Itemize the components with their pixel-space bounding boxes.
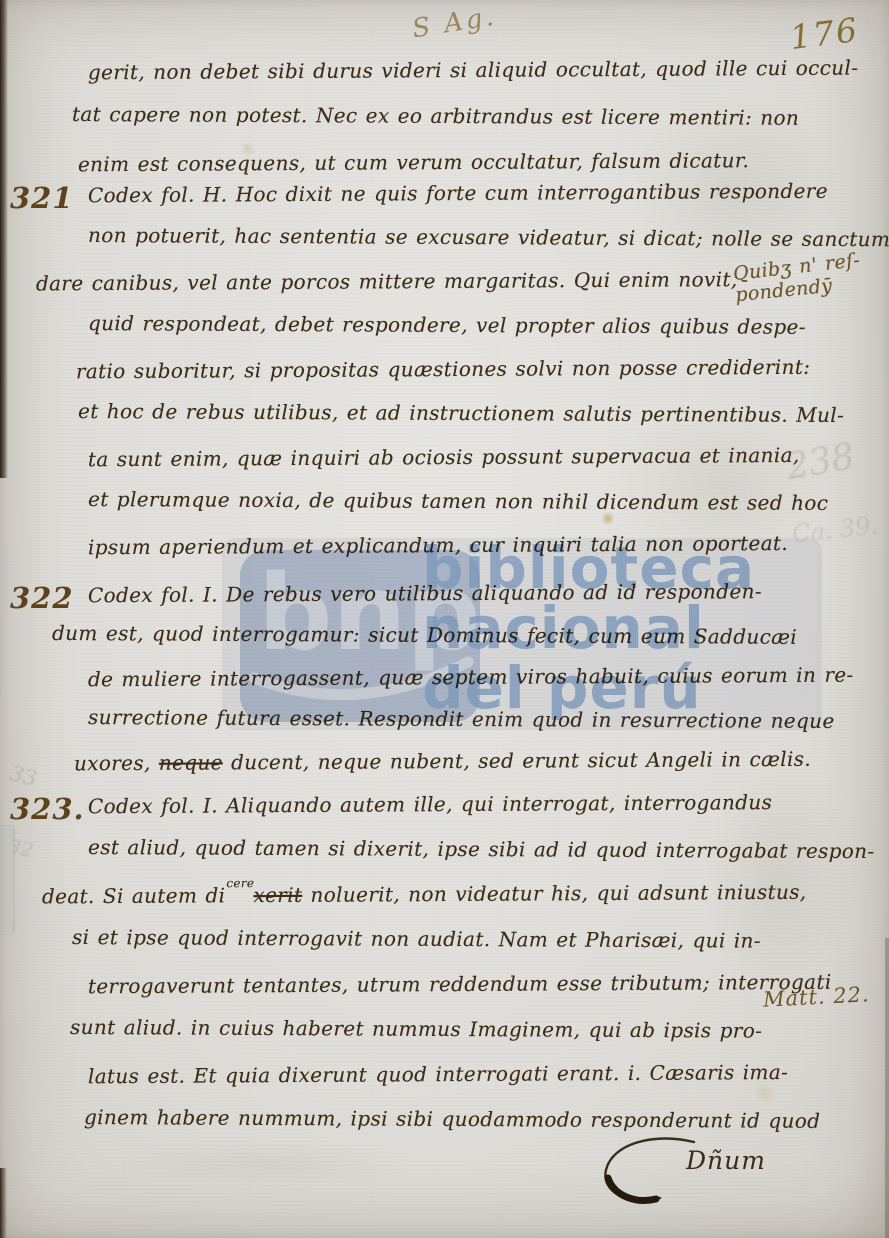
- scan-edge-shadow: [0, 1168, 7, 1238]
- text-line: gerit, non debet sibi durus videri si al…: [88, 56, 836, 107]
- catchword-block: Dñum: [598, 1128, 808, 1218]
- text-line: dum est, quod interrogamur: sicut Dominu…: [52, 621, 836, 667]
- text-line: ta sunt enim, quæ inquiri ab ociosis pos…: [88, 443, 836, 492]
- manuscript-lines: Codex fol. H. Hoc dixit ne quis forte cu…: [88, 181, 836, 577]
- section-number: 323.: [10, 792, 85, 826]
- text-line: sunt aliud. in cuius haberet nummus Imag…: [70, 1015, 836, 1064]
- manuscript-lines: Codex fol. I. Aliquando autem ille, qui …: [88, 792, 836, 1152]
- catchword: Dñum: [686, 1146, 766, 1175]
- text-line: quid respondeat, debet respondere, vel p…: [88, 311, 836, 359]
- text-line: tat capere non potest. Nec ex eo arbitra…: [72, 102, 836, 152]
- manuscript-lines: gerit, non debet sibi durus videri si al…: [88, 58, 836, 196]
- text-line: ratio suboritur, si propositas quæstione…: [76, 355, 836, 404]
- text-line: est aliud, quod tamen si dixerit, ipse s…: [88, 835, 836, 884]
- text-line: terrogaverunt tentantes, utrum reddendum…: [88, 970, 836, 1020]
- text-line: et plerumque noxia, de quibus tamen non …: [88, 487, 836, 535]
- binding-tab: [0, 826, 13, 934]
- text-line: dare canibus, vel ante porcos mittere ma…: [36, 267, 836, 316]
- section-321: 321 Codex fol. H. Hoc dixit ne quis fort…: [0, 181, 889, 577]
- manuscript-scan-page: 238 Ca. 39. 33 32 S Ag. 176 gerit, non d…: [0, 0, 889, 1238]
- section-number: 322: [10, 581, 74, 615]
- section-322: 322 Codex fol. I. De rebus vero utilibus…: [0, 581, 889, 791]
- text-line: deat. Si autem dicerexerit noluerit, non…: [42, 880, 836, 930]
- folio-number: 176: [788, 10, 861, 57]
- text-line: surrectione futura esset. Respondit enim…: [88, 705, 836, 751]
- text-line: de muliere interrogassent, quæ septem vi…: [88, 663, 836, 710]
- section-323: 323. Codex fol. I. Aliquando autem ille,…: [0, 792, 889, 1152]
- text-line: Codex fol. I. De rebus vero utilibus ali…: [88, 579, 836, 626]
- text-line: uxores, neque ducent, neque nubent, sed …: [74, 747, 836, 794]
- section-number: 321: [10, 181, 74, 215]
- scan-edge-shadow: [0, 0, 8, 478]
- text-line: Codex fol. H. Hoc dixit ne quis forte cu…: [88, 179, 836, 228]
- text-line: non potuerit, hac sententia se excusare …: [88, 223, 836, 271]
- intro-paragraph: gerit, non debet sibi durus videri si al…: [0, 58, 889, 196]
- manuscript-lines: Codex fol. I. De rebus vero utilibus ali…: [88, 581, 836, 791]
- text-line: latus est. Et quia dixerunt quod interro…: [88, 1060, 836, 1110]
- header-mark: S Ag.: [410, 2, 498, 45]
- text-line: si et ipse quod interrogavit non audiat.…: [72, 925, 836, 974]
- text-line: Codex fol. I. Aliquando autem ille, qui …: [88, 790, 836, 840]
- text-line: ipsum aperiendum et explicandum, cur inq…: [88, 531, 836, 580]
- scan-edge-shadow: [885, 938, 889, 1238]
- text-line: et hoc de rebus utilibus, et ad instruct…: [78, 399, 836, 447]
